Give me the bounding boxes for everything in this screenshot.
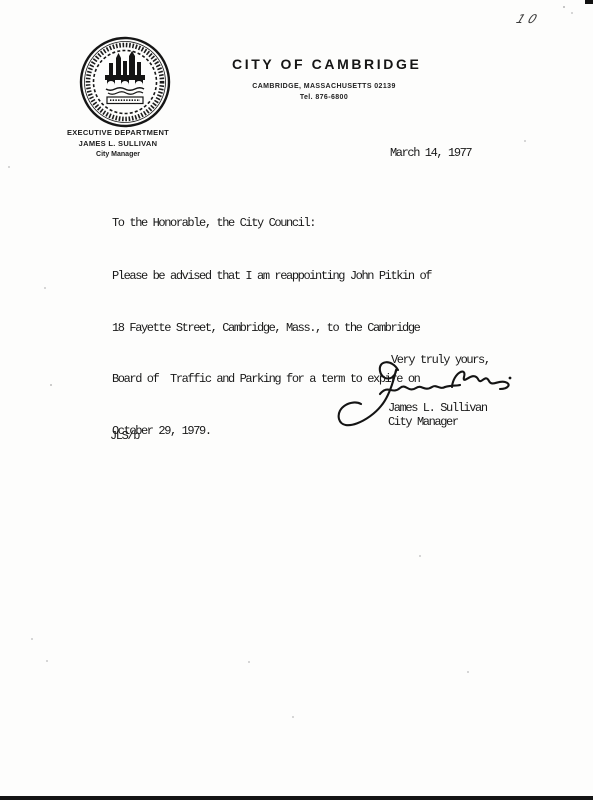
letter-page: CITY OF CAMBRIDGE CAMBRIDGE, MASSACHUSET… (0, 0, 593, 800)
salutation: To the Honorable, the City Council: (112, 216, 315, 230)
scan-speck (571, 12, 573, 14)
sender-name: JAMES L. SULLIVAN (48, 138, 188, 149)
cambridge-city-seal-icon (79, 36, 171, 128)
scan-speck (8, 166, 10, 168)
scan-speck (44, 287, 46, 289)
scan-speck (524, 140, 526, 142)
scan-speck (31, 638, 33, 640)
body-line: Please be advised that I am reappointing… (112, 268, 431, 292)
scan-speck (46, 660, 48, 662)
handwritten-page-number: 10 (514, 12, 543, 26)
seal-bridge-scene (105, 51, 145, 94)
scan-speck (563, 6, 565, 8)
typed-signature-name: James L. Sullivan (388, 401, 487, 415)
reference-initials: JLS/b (110, 429, 139, 443)
sender-department: EXECUTIVE DEPARTMENT (48, 127, 188, 138)
scan-corner-mark (585, 0, 593, 4)
scan-speck (248, 661, 250, 663)
typed-signature-title: City Manager (388, 415, 458, 429)
scan-speck (419, 555, 421, 557)
letterhead-title: CITY OF CAMBRIDGE (232, 56, 414, 72)
letterhead-phone: Tel. 876-6800 (234, 94, 414, 101)
scan-speck (50, 384, 52, 386)
scan-speck (292, 716, 294, 718)
body-line: 18 Fayette Street, Cambridge, Mass., to … (112, 320, 431, 344)
letter-date: March 14, 1977 (390, 146, 471, 160)
sender-title: City Manager (48, 149, 188, 160)
scan-speck (467, 671, 469, 673)
sender-block: EXECUTIVE DEPARTMENT JAMES L. SULLIVAN C… (48, 127, 188, 160)
scan-edge-bar (0, 796, 593, 800)
letterhead-address: CAMBRIDGE, MASSACHUSETTS 02139 (234, 83, 414, 90)
